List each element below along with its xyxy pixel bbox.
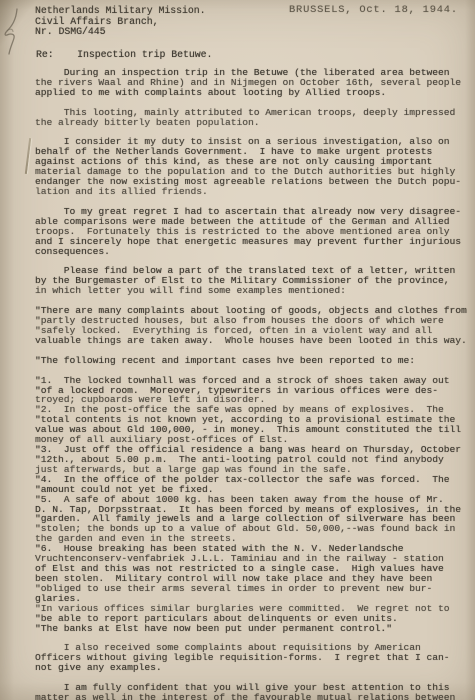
text-line: valuable things are taken away. Whole ho… — [35, 336, 467, 346]
text-line: Officers without giving legible requisit… — [35, 653, 467, 663]
paper-crease — [25, 138, 31, 174]
text-line: just afterwards, but a large gap was fou… — [35, 465, 467, 475]
text-line — [35, 673, 467, 683]
text-line: matter as well in the interest of the fa… — [35, 693, 467, 700]
text-line: in which letter you will find some examp… — [35, 286, 467, 296]
text-line: applied to me with complaints about loot… — [35, 88, 467, 98]
text-line: troops. Fortunately this is restricted t… — [35, 227, 467, 237]
text-line — [35, 346, 467, 356]
text-line — [35, 296, 467, 306]
text-line — [35, 257, 467, 267]
document-body: During an inspection trip in the Betuwe … — [35, 68, 467, 700]
text-line: Vruchtenconserv-venfabriek J.L.L. Tamini… — [35, 554, 467, 564]
text-line: "1. The locked townhall was forced and a… — [35, 376, 467, 386]
text-line: "total contents is not known yet, accord… — [35, 415, 467, 425]
letterhead: Netherlands Military Mission.Civil Affai… — [35, 6, 206, 38]
dateline: BRUSSELS, Oct. 18, 1944. — [289, 4, 458, 16]
text-line: not give any examples. — [35, 663, 467, 673]
text-line: "The banks at Elst have now been put und… — [35, 624, 467, 634]
text-line: the garden and even in the streets. — [35, 534, 467, 544]
subject-line: Re: Inspection trip Betuwe. — [36, 49, 212, 60]
pencil-scribble-mark — [1, 8, 35, 66]
text-line: the already bitterly beaten population. — [35, 118, 467, 128]
text-line: "be able to report particulars about del… — [35, 614, 467, 624]
text-line: lation and its allied friends. — [35, 187, 467, 197]
document-page: BRUSSELS, Oct. 18, 1944. Netherlands Mil… — [0, 0, 475, 700]
text-line: money of all auxiliary post-offices of E… — [35, 435, 467, 445]
text-line: "5. A safe of about 1000 kg. has been ta… — [35, 495, 467, 505]
text-line: "The following recent and important case… — [35, 356, 467, 366]
text-line: the rivers Waal and Rhine) and in Nijmeg… — [35, 78, 467, 88]
text-line: I consider it my duty to insist on a ser… — [35, 137, 467, 147]
text-line — [35, 197, 467, 207]
text-line: consequences. — [35, 247, 467, 257]
text-line: "obliged to use their arms several times… — [35, 584, 467, 594]
letterhead-line: Nr. DSMG/445 — [35, 27, 206, 38]
